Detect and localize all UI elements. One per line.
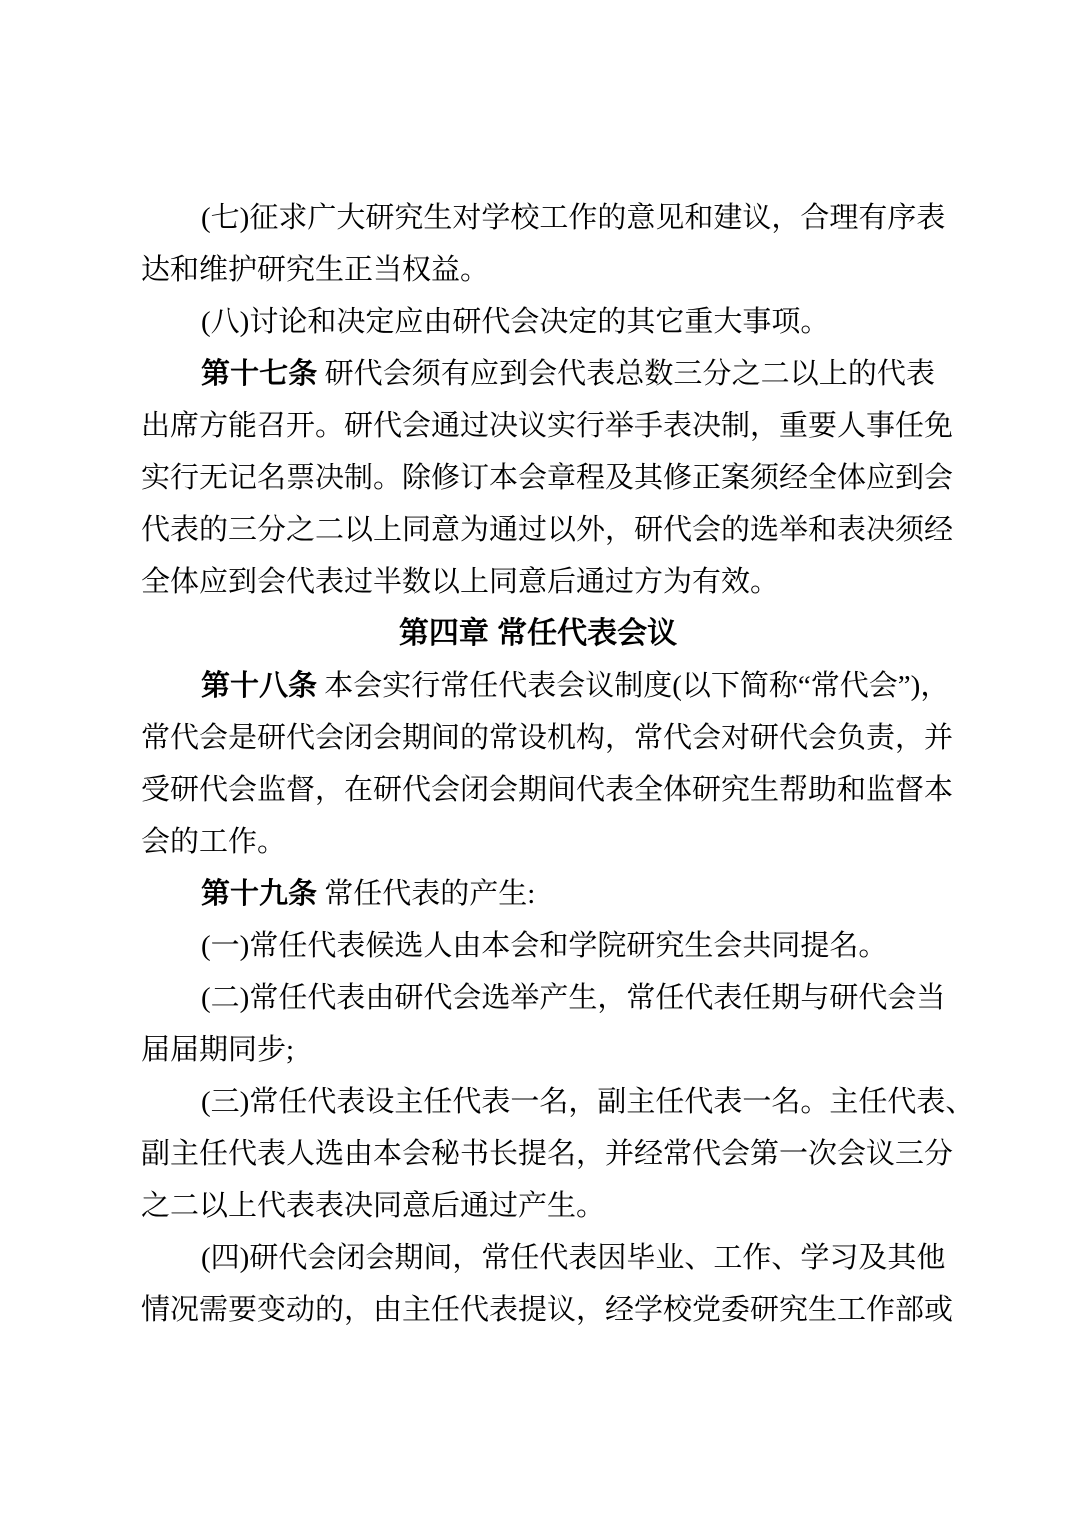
text-run: 常任代表的产生: xyxy=(317,878,535,910)
text-run: 研代会须有应到会代表总数三分之二以上的代表 xyxy=(317,358,935,390)
text-line: 届届期同步; xyxy=(141,1024,935,1076)
text-line: 出席方能召开。研代会通过决议实行举手表决制，重要人事任免 xyxy=(141,400,935,452)
article-number: 第十八条 xyxy=(201,670,317,702)
text-line: 第十七条 研代会须有应到会代表总数三分之二以上的代表 xyxy=(141,348,935,400)
document-page: (七)征求广大研究生对学校工作的意见和建议，合理有序表 达和维护研究生正当权益。… xyxy=(0,0,1074,1520)
text-line: 常代会是研代会闭会期间的常设机构，常代会对研代会负责，并 xyxy=(141,712,935,764)
text-line: 副主任代表人选由本会秘书长提名，并经常代会第一次会议三分 xyxy=(141,1128,935,1180)
text-line: 受研代会监督，在研代会闭会期间代表全体研究生帮助和监督本 xyxy=(141,764,935,816)
text-line: (四)研代会闭会期间，常任代表因毕业、工作、学习及其他 xyxy=(141,1232,935,1284)
text-line: 之二以上代表表决同意后通过产生。 xyxy=(141,1180,935,1232)
text-line: 实行无记名票决制。除修订本会章程及其修正案须经全体应到会 xyxy=(141,452,935,504)
text-run: 本会实行常任代表会议制度(以下简称“常代会”)， xyxy=(317,670,949,702)
text-line: (三)常任代表设主任代表一名，副主任代表一名。主任代表、 xyxy=(141,1076,935,1128)
chapter-heading: 第四章 常任代表会议 xyxy=(141,608,935,660)
text-line: (二)常任代表由研代会选举产生，常任代表任期与研代会当 xyxy=(141,972,935,1024)
text-line: 第十八条 本会实行常任代表会议制度(以下简称“常代会”)， xyxy=(141,660,935,712)
text-line: 达和维护研究生正当权益。 xyxy=(141,244,935,296)
text-line: (一)常任代表候选人由本会和学院研究生会共同提名。 xyxy=(141,920,935,972)
document-content: (七)征求广大研究生对学校工作的意见和建议，合理有序表 达和维护研究生正当权益。… xyxy=(141,192,935,1336)
text-line: (七)征求广大研究生对学校工作的意见和建议，合理有序表 xyxy=(141,192,935,244)
text-line: (八)讨论和决定应由研代会决定的其它重大事项。 xyxy=(141,296,935,348)
text-line: 会的工作。 xyxy=(141,816,935,868)
article-number: 第十七条 xyxy=(201,358,317,390)
text-line: 情况需要变动的，由主任代表提议，经学校党委研究生工作部或 xyxy=(141,1284,935,1336)
text-line: 代表的三分之二以上同意为通过以外，研代会的选举和表决须经 xyxy=(141,504,935,556)
article-number: 第十九条 xyxy=(201,878,317,910)
text-line: 第十九条 常任代表的产生: xyxy=(141,868,935,920)
text-line: 全体应到会代表过半数以上同意后通过方为有效。 xyxy=(141,556,935,608)
